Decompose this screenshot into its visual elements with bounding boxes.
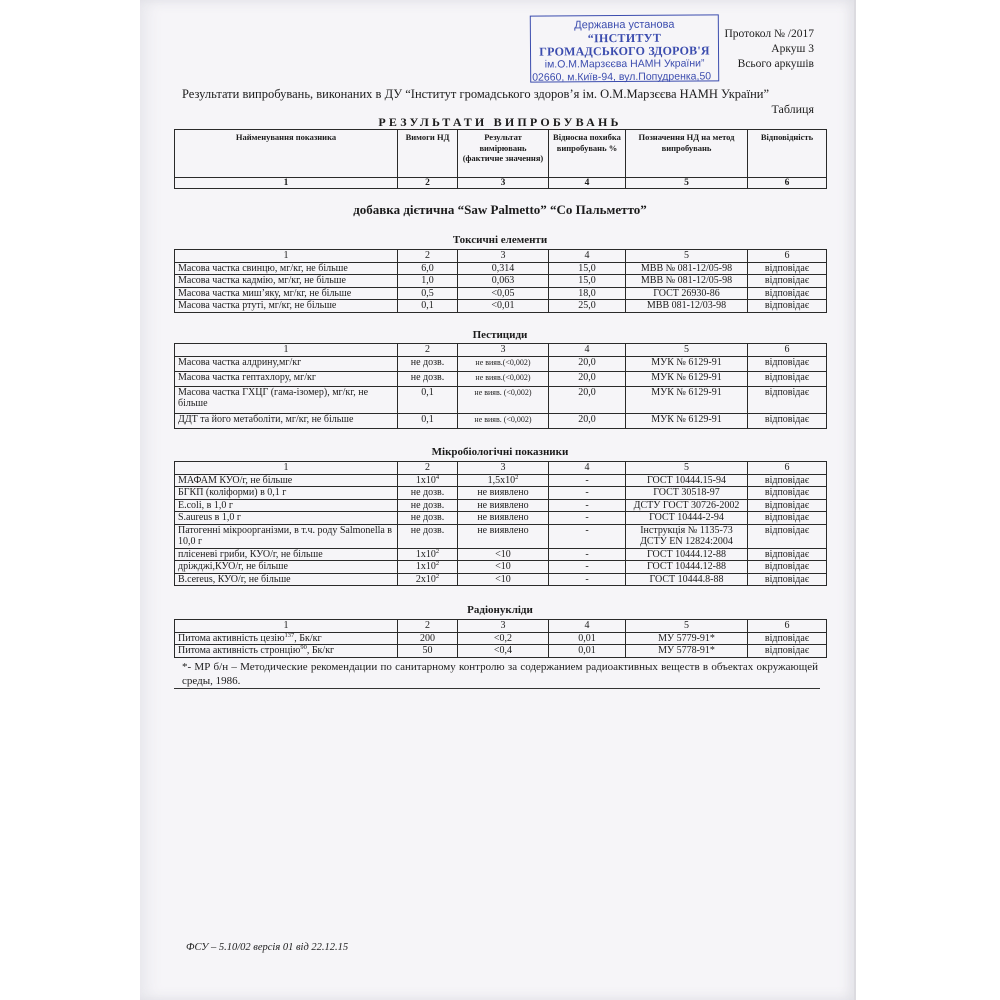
column-header-compliance: Відповідність [748,130,827,178]
compliance-value: відповідає [748,474,827,487]
indicator-name-part: , Бк/кг [294,633,321,644]
total-sheets: Всього аркушів [724,57,814,72]
column-header-error: Відносна похибка випробувань % [549,130,626,178]
document-footer: ФСУ – 5.10/02 версія 01 від 22.12.15 [186,942,348,953]
column-number: 3 [458,344,549,357]
error-value: 20,0 [549,413,626,428]
column-number: 3 [458,462,549,475]
result-value: не виявлено [458,512,549,525]
institution-stamp: Державна установа “ІНСТИТУТ ГРОМАДСЬКОГО… [530,14,719,82]
indicator-name: Масова частка кадмію, мг/кг, не більше [175,275,398,288]
indicator-name: Патогенні мікроорганізми, в т.ч. роду Sa… [175,524,398,548]
error-value: - [549,512,626,525]
requirement-value-base: 1x10 [416,475,436,486]
table-row: Масова частка свинцю, мг/кг, не більше6,… [175,262,827,275]
table-row: ДДТ та його метаболіти, мг/кг, не більше… [175,413,827,428]
method-value: ГОСТ 10444.8-88 [626,573,748,586]
requirement-value: не дозв. [398,371,458,386]
requirement-value: 200 [398,632,458,645]
indicator-name: Масова частка гептахлору, мг/кг [175,371,398,386]
table-row: Масова частка гептахлору, мг/кгне дозв.н… [175,371,827,386]
column-number: 5 [626,462,748,475]
error-value: 20,0 [549,371,626,386]
method-value: МВВ 081-12/03-98 [626,300,748,313]
table-row: МАФАМ КУО/г, не більше1x1041,5x102-ГОСТ … [175,474,827,487]
compliance-value: відповідає [748,371,827,386]
indicator-name: Масова частка ртуті, мг/кг, не більше [175,300,398,313]
method-value: МУК № 6129-91 [626,371,748,386]
requirement-value: не дозв. [398,512,458,525]
requirement-value: 0,5 [398,287,458,300]
error-value: - [549,474,626,487]
error-value: 15,0 [549,275,626,288]
requirement-value-base: не дозв. [411,512,445,523]
section-title-pesticides: Пестициди [0,329,1000,341]
footnote-divider [174,688,820,689]
requirement-value: 1x102 [398,561,458,574]
column-number: 2 [398,250,458,263]
result-value: <10 [458,561,549,574]
method-value: МВВ № 081-12/05-98 [626,275,748,288]
result-value: не вияв.(<0,002) [458,356,549,371]
protocol-number: Протокол № /2017 [724,27,814,42]
method-value: МУ 5778-91* [626,645,748,658]
column-number: 2 [398,620,458,633]
column-number: 4 [549,620,626,633]
compliance-value: відповідає [748,300,827,313]
table-row: плісеневі гриби, КУО/г, не більше1x102<1… [175,548,827,561]
indicator-name: ДДТ та його метаболіти, мг/кг, не більше [175,413,398,428]
column-number-row: 1 2 3 4 5 6 [175,344,827,357]
requirement-value-base: 1x10 [416,549,436,560]
section-title-radio: Радіонукліди [0,604,1000,616]
error-value: - [549,487,626,500]
microbiology-table: 1 2 3 4 5 6 МАФАМ КУО/г, не більше1x1041… [174,461,827,586]
requirement-value: 1x102 [398,548,458,561]
column-number-row: 1 2 3 4 5 6 [175,620,827,633]
compliance-value: відповідає [748,512,827,525]
indicator-name: Питома активність цезію137, Бк/кг [175,632,398,645]
method-value: Інструкція № 1135-73ДСТУ EN 12824:2004 [626,524,748,548]
result-value: не виявлено [458,487,549,500]
column-number: 6 [748,344,827,357]
column-header-requirement: Вимоги НД [398,130,458,178]
footnote: *- МР б/н – Методические рекомендации по… [182,660,818,688]
main-title: РЕЗУЛЬТАТИ ВИПРОБУВАНЬ [0,115,1000,130]
result-value: 1,5x102 [458,474,549,487]
error-value: 20,0 [549,356,626,371]
stamp-line: 02660, м.Київ-94, вул.Попудренка,50 [531,70,718,84]
intro-text: Результати випробувань, виконаних в ДУ “… [182,87,769,102]
error-value: - [549,524,626,548]
result-value-base: 1,5x10 [488,475,516,486]
column-number: 2 [398,344,458,357]
method-line: ГОСТ 10444.12-88 [629,549,744,561]
compliance-value: відповідає [748,645,827,658]
requirement-value: 1x104 [398,474,458,487]
sheet-number: Аркуш 3 [724,42,814,57]
compliance-value: відповідає [748,262,827,275]
requirement-value: не дозв. [398,487,458,500]
method-value: ГОСТ 26930-86 [626,287,748,300]
result-value: <10 [458,548,549,561]
error-value: - [549,561,626,574]
indicator-name: Масова частка свинцю, мг/кг, не більше [175,262,398,275]
requirement-value: не дозв. [398,499,458,512]
column-number: 5 [626,344,748,357]
requirement-value: не дозв. [398,356,458,371]
compliance-value: відповідає [748,561,827,574]
result-value: 0,063 [458,275,549,288]
indicator-name: B.cereus, КУО/г, не більше [175,573,398,586]
requirement-value-exponent: 2 [436,573,439,580]
column-number: 3 [458,250,549,263]
method-value: МУК № 6129-91 [626,413,748,428]
column-number: 6 [748,462,827,475]
requirement-value: не дозв. [398,524,458,548]
compliance-value: відповідає [748,548,827,561]
table-row: S.aureus в 1,0 гне дозв.не виявлено-ГОСТ… [175,512,827,525]
indicator-name: E.coli, в 1,0 г [175,499,398,512]
error-value: - [549,548,626,561]
requirement-value-base: не дозв. [411,487,445,498]
result-value-exponent: 2 [515,474,518,481]
column-number: 5 [626,250,748,263]
column-number: 1 [175,620,398,633]
column-header-result: Результат вимірювань (фактичне значення) [458,130,549,178]
compliance-value: відповідає [748,499,827,512]
requirement-value-exponent: 4 [436,474,439,481]
compliance-value: відповідає [748,287,827,300]
column-number: 1 [175,462,398,475]
error-value: - [549,573,626,586]
column-number: 1 [175,250,398,263]
column-number: 6 [748,250,827,263]
compliance-value: відповідає [748,356,827,371]
method-value: ДСТУ ГОСТ 30726-2002 [626,499,748,512]
table-row: Масова частка алдрину,мг/кгне дозв.не ви… [175,356,827,371]
result-value: <0,4 [458,645,549,658]
result-value: <0,01 [458,300,549,313]
method-value: ГОСТ 10444-2-94 [626,512,748,525]
method-line: ГОСТ 30518-97 [629,487,744,499]
column-number: 3 [458,620,549,633]
method-value: МУК № 6129-91 [626,386,748,413]
column-number-row: 1 2 3 4 5 6 [175,250,827,263]
table-row: Патогенні мікроорганізми, в т.ч. роду Sa… [175,524,827,548]
table-row: Питома активність стронцію90, Бк/кг50<0,… [175,645,827,658]
column-number-row: 1 2 3 4 5 6 [175,462,827,475]
method-line: ДСТУ ГОСТ 30726-2002 [629,500,744,512]
table-row: Масова частка ртуті, мг/кг, не більше0,1… [175,300,827,313]
compliance-value: відповідає [748,573,827,586]
requirement-value: 1,0 [398,275,458,288]
column-number: 4 [549,344,626,357]
toxic-elements-table: 1 2 3 4 5 6 Масова частка свинцю, мг/кг,… [174,249,827,313]
indicator-name: плісеневі гриби, КУО/г, не більше [175,548,398,561]
method-line: ГОСТ 10444.12-88 [629,561,744,573]
requirement-value-base: не дозв. [411,500,445,511]
requirement-value: 6,0 [398,262,458,275]
column-number: 5 [626,178,748,189]
pesticides-table: 1 2 3 4 5 6 Масова частка алдрину,мг/кгн… [174,343,827,429]
result-value-base: <10 [495,561,511,572]
column-number: 4 [549,250,626,263]
method-value: ГОСТ 10444.15-94 [626,474,748,487]
product-title: добавка дієтична “Saw Palmetto” “Со Паль… [0,202,1000,218]
method-value: МВВ № 081-12/05-98 [626,262,748,275]
error-value: 15,0 [549,262,626,275]
indicator-name: S.aureus в 1,0 г [175,512,398,525]
result-value: 0,314 [458,262,549,275]
requirement-value-base: 2x10 [416,574,436,585]
column-number: 6 [748,178,827,189]
result-value-base: <10 [495,574,511,585]
compliance-value: відповідає [748,487,827,500]
result-value: <10 [458,573,549,586]
compliance-value: відповідає [748,632,827,645]
requirement-value: 2x102 [398,573,458,586]
method-value: ГОСТ 10444.12-88 [626,561,748,574]
error-value: 0,01 [549,632,626,645]
error-value: - [549,499,626,512]
column-number: 1 [175,344,398,357]
method-line: Інструкція № 1135-73 [629,525,744,537]
result-value: не виявлено [458,499,549,512]
method-line: ГОСТ 10444-2-94 [629,512,744,524]
error-value: 18,0 [549,287,626,300]
result-value-base: не виявлено [477,500,528,511]
column-number: 4 [549,178,626,189]
table-row: Питома активність цезію137, Бк/кг200<0,2… [175,632,827,645]
error-value: 20,0 [549,386,626,413]
result-value: не вияв.(<0,002) [458,371,549,386]
stamp-line: ім.О.М.Марзєєва НАМН України” [531,57,718,71]
indicator-name: Масова частка алдрину,мг/кг [175,356,398,371]
table-row: B.cereus, КУО/г, не більше2x102<10-ГОСТ … [175,573,827,586]
indicator-name: Питома активність стронцію90, Бк/кг [175,645,398,658]
result-value: не виявлено [458,524,549,548]
column-number: 2 [398,462,458,475]
column-number: 5 [626,620,748,633]
requirement-value: 0,1 [398,413,458,428]
indicator-name: дріжджі,КУО/г, не більше [175,561,398,574]
indicator-name: МАФАМ КУО/г, не більше [175,474,398,487]
method-line: ГОСТ 10444.15-94 [629,475,744,487]
method-value: МУК № 6129-91 [626,356,748,371]
requirement-value-exponent: 2 [436,548,439,555]
method-line: ДСТУ EN 12824:2004 [629,536,744,548]
method-value: ГОСТ 10444.12-88 [626,548,748,561]
requirement-value: 0,1 [398,386,458,413]
error-value: 0,01 [549,645,626,658]
table-row: дріжджі,КУО/г, не більше1x102<10-ГОСТ 10… [175,561,827,574]
column-number: 1 [175,178,398,189]
compliance-value: відповідає [748,413,827,428]
indicator-name-part: Питома активність стронцію [178,645,300,656]
table-row: Масова частка ГХЦГ (гама-ізомер), мг/кг,… [175,386,827,413]
requirement-value: 0,1 [398,300,458,313]
method-line: ГОСТ 10444.8-88 [629,574,744,586]
requirement-value-base: 1x10 [416,561,436,572]
table-row: Масова частка миш’яку, мг/кг, не більше0… [175,287,827,300]
table-row: Масова частка кадмію, мг/кг, не більше1,… [175,275,827,288]
column-header-name: Найменування показника [175,130,398,178]
result-value: <0,2 [458,632,549,645]
result-value-base: <10 [495,549,511,560]
compliance-value: відповідає [748,275,827,288]
column-number: 2 [398,178,458,189]
indicator-name: Масова частка ГХЦГ (гама-ізомер), мг/кг,… [175,386,398,413]
column-number: 4 [549,462,626,475]
results-header-table: Найменування показника Вимоги НД Результ… [174,129,827,189]
method-value: ГОСТ 30518-97 [626,487,748,500]
table-row: E.coli, в 1,0 гне дозв.не виявлено-ДСТУ … [175,499,827,512]
error-value: 25,0 [549,300,626,313]
result-value-base: не виявлено [477,487,528,498]
result-value: <0,05 [458,287,549,300]
column-number: 6 [748,620,827,633]
indicator-name-part: 137 [285,632,295,639]
indicator-name: БГКП (коліформи) в 0,1 г [175,487,398,500]
radionuclides-table: 1 2 3 4 5 6 Питома активність цезію137, … [174,619,827,658]
result-value: не вияв. (<0,002) [458,413,549,428]
requirement-value-base: не дозв. [411,525,445,536]
indicator-name-part: , Бк/кг [307,645,334,656]
indicator-name-part: Питома активність цезію [178,633,285,644]
column-number: 3 [458,178,549,189]
compliance-value: відповідає [748,524,827,548]
result-value-base: не виявлено [477,512,528,523]
result-value: не вияв. (<0,002) [458,386,549,413]
protocol-info: Протокол № /2017 Аркуш 3 Всього аркушів [724,27,814,72]
compliance-value: відповідає [748,386,827,413]
table-row: БГКП (коліформи) в 0,1 гне дозв.не виявл… [175,487,827,500]
section-title-micro: Мікробіологічні показники [0,446,1000,458]
requirement-value-exponent: 2 [436,560,439,567]
requirement-value: 50 [398,645,458,658]
section-title-toxic: Токсичні елементи [0,234,1000,246]
method-value: МУ 5779-91* [626,632,748,645]
indicator-name: Масова частка миш’яку, мг/кг, не більше [175,287,398,300]
stamp-line: ГРОМАДСЬКОГО ЗДОРОВ'Я [531,44,718,58]
column-header-method: Позначення НД на метод випробувань [626,130,748,178]
result-value-base: не виявлено [477,525,528,536]
